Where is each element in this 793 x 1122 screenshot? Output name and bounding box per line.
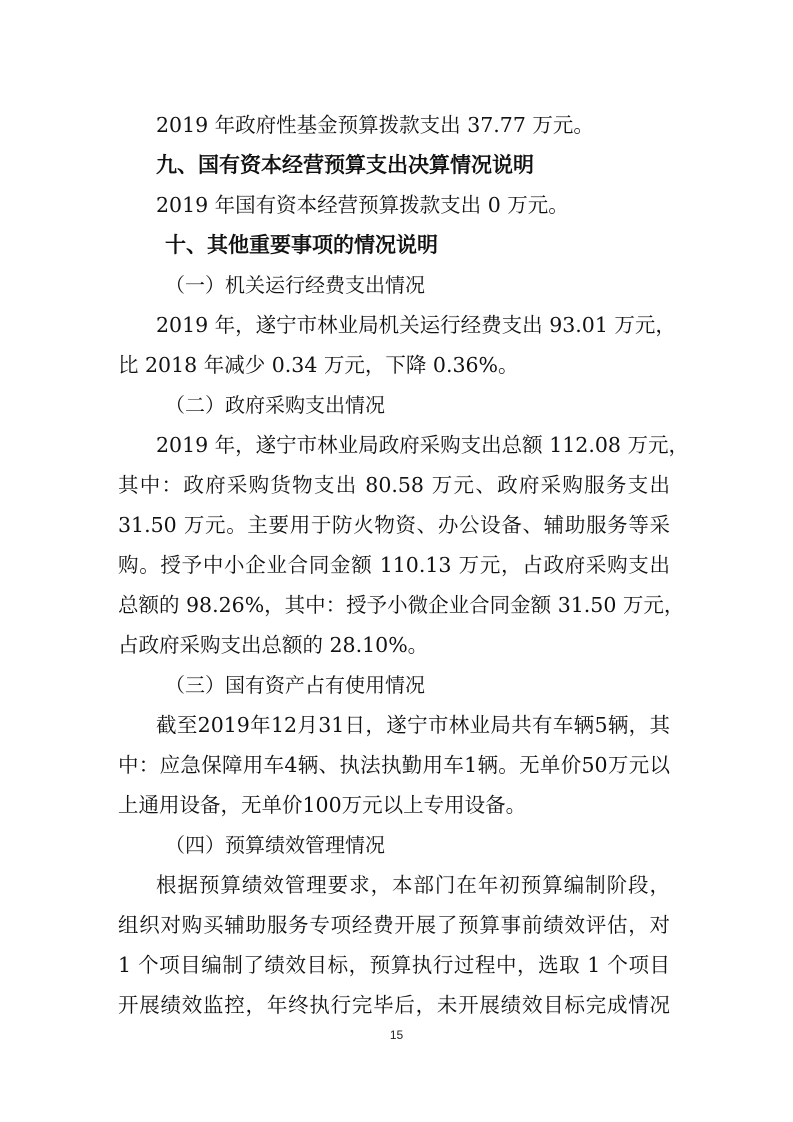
paragraph-line: 2019 年，遂宁市林业局政府采购支出总额 112.08 万元， xyxy=(156,433,670,457)
subsection-heading-4: （四）预算绩效管理情况 xyxy=(165,833,385,857)
paragraph-line: 购。授予中小企业合同金额 110.13 万元，占政府采购支出 xyxy=(118,553,670,577)
subsection-heading-1: （一）机关运行经费支出情况 xyxy=(165,273,425,297)
paragraph-line: 开展绩效监控，年终执行完毕后，未开展绩效目标完成情况 xyxy=(118,993,670,1017)
paragraph-line: 1 个项目编制了绩效目标，预算执行过程中，选取 1 个项目 xyxy=(118,953,670,977)
section-heading-9: 九、国有资本经营预算支出决算情况说明 xyxy=(156,153,534,177)
paragraph-line: 31.50 万元。主要用于防火物资、办公设备、辅助服务等采 xyxy=(118,513,670,537)
paragraph-line: 中：应急保障用车4辆、执法执勤用车1辆。无单价50万元以 xyxy=(118,753,670,777)
paragraph-line: 2019 年国有资本经营预算拨款支出 0 万元。 xyxy=(156,193,569,217)
paragraph-line: 2019 年政府性基金预算拨款支出 37.77 万元。 xyxy=(156,113,594,137)
subsection-heading-3: （三）国有资产占有使用情况 xyxy=(165,673,425,697)
paragraph-line: 比 2018 年减少 0.34 万元，下降 0.36%。 xyxy=(118,353,519,377)
paragraph-line: 占政府采购支出总额的 28.10%。 xyxy=(118,633,428,657)
paragraph-line: 上通用设备，无单价100万元以上专用设备。 xyxy=(118,793,526,817)
paragraph-line: 截至2019年12月31日，遂宁市林业局共有车辆5辆，其 xyxy=(156,713,670,737)
subsection-heading-2: （二）政府采购支出情况 xyxy=(165,393,385,417)
section-heading-10: 十、其他重要事项的情况说明 xyxy=(165,233,438,257)
paragraph-line: 其中：政府采购货物支出 80.58 万元、政府采购服务支出 xyxy=(118,473,670,497)
paragraph-line: 总额的 98.26%，其中：授予小微企业合同金额 31.50 万元， xyxy=(118,593,670,617)
page-number: 15 xyxy=(0,1028,793,1042)
paragraph-line: 根据预算绩效管理要求，本部门在年初预算编制阶段， xyxy=(156,873,670,897)
paragraph-line: 2019 年，遂宁市林业局机关运行经费支出 93.01 万元， xyxy=(156,313,670,337)
paragraph-line: 组织对购买辅助服务专项经费开展了预算事前绩效评估，对 xyxy=(118,913,670,937)
